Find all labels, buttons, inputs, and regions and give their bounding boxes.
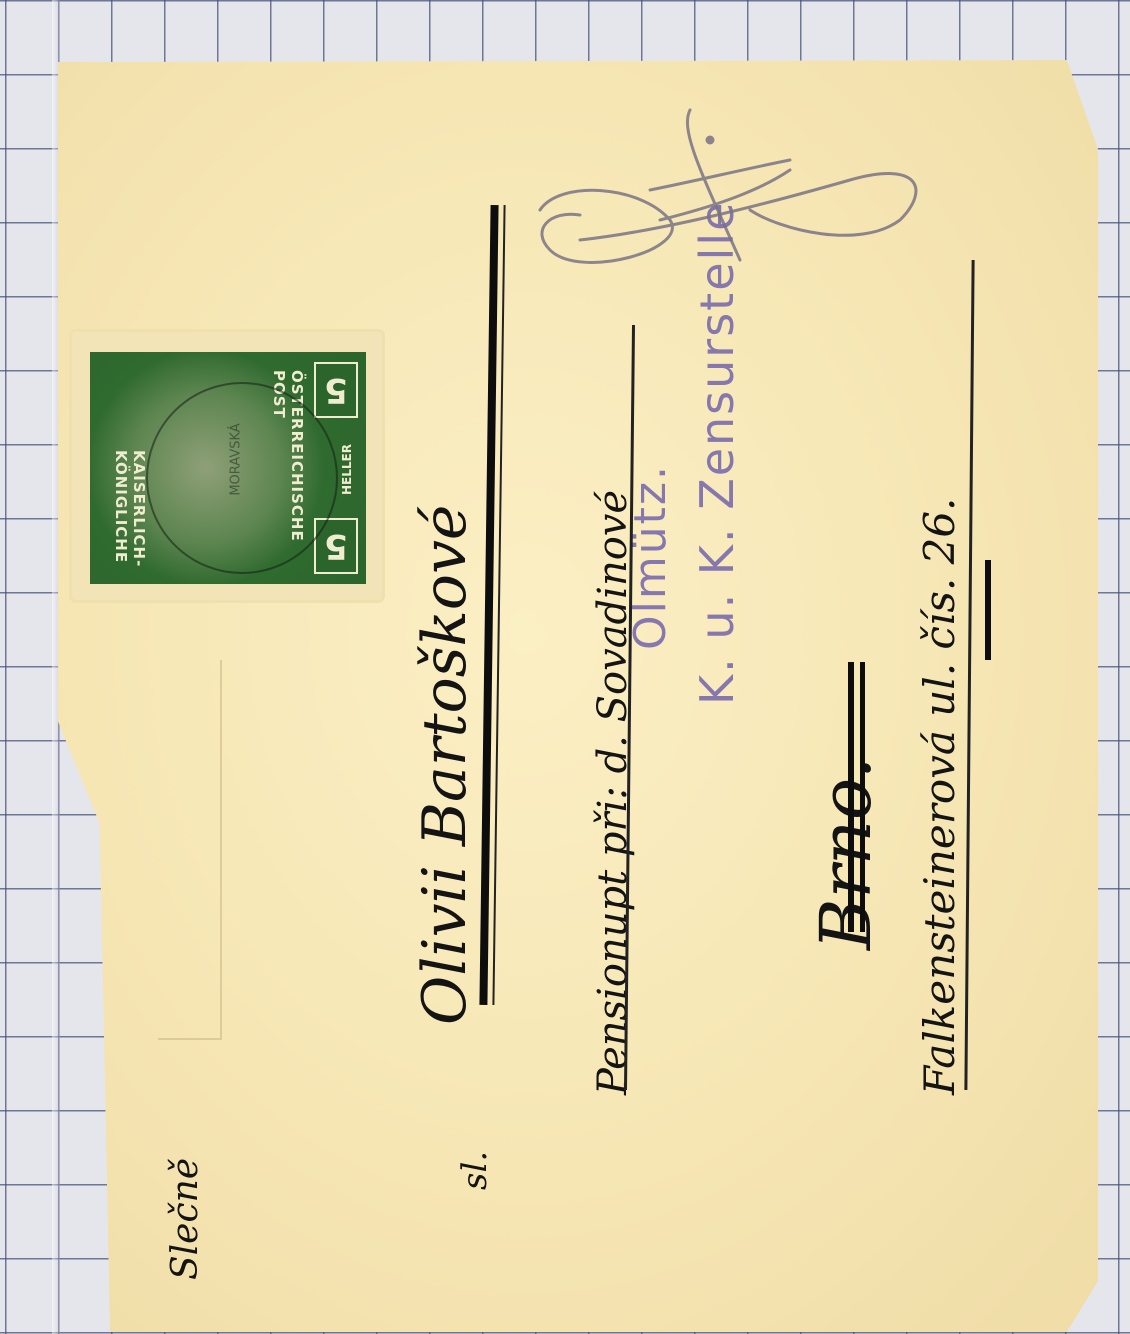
city-underline-2 <box>860 662 865 932</box>
stamp-currency: HELLER <box>340 444 354 495</box>
stamp-value-top: 5 <box>314 362 358 418</box>
postmark-text: MORAVSKÁ <box>229 423 244 495</box>
stamp-design: KAISERLICH-KÖNIGLICHE ÖSTERREICHISCHE PO… <box>90 352 366 584</box>
envelope-flap-fold <box>158 660 222 1040</box>
censor-initials-scribble-icon <box>520 90 940 280</box>
address-name: Olivii Bartoškové <box>410 505 480 1025</box>
salutation: Slečně <box>165 1158 206 1280</box>
stamp-inscription-top: KAISERLICH-KÖNIGLICHE <box>112 450 148 584</box>
postage-stamp: KAISERLICH-KÖNIGLICHE ÖSTERREICHISCHE PO… <box>72 332 382 600</box>
street-underline-mark <box>985 560 991 660</box>
address-street: Falkensteinerová ul. čís. 26. <box>915 498 964 1095</box>
address-city: Brno. <box>805 757 887 950</box>
address-prefix: sl. <box>455 1151 495 1190</box>
city-underline-1 <box>848 662 854 932</box>
